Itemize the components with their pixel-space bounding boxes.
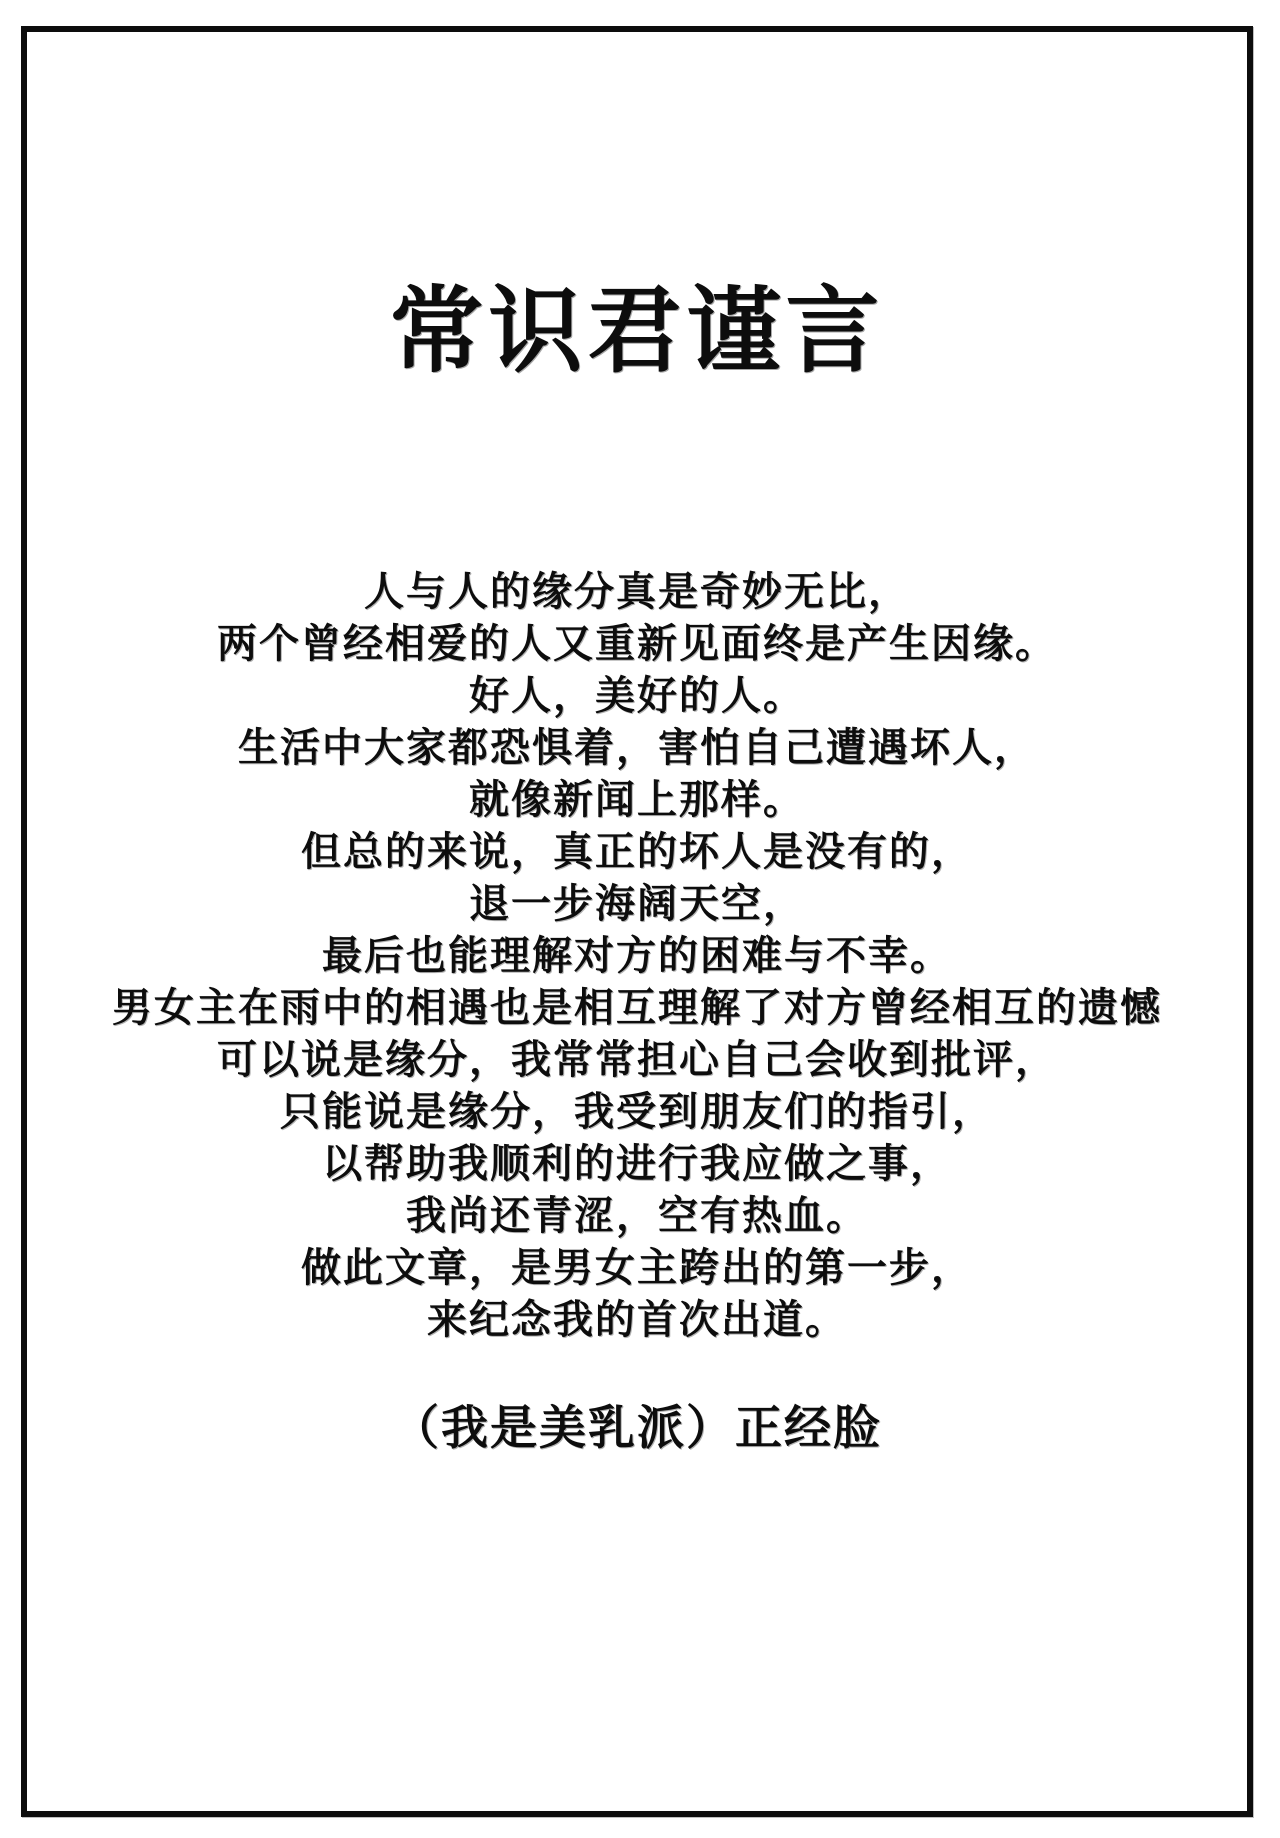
signature-line: （我是美乳派）正经脸 [27,1400,1247,1456]
body-line: 退一步海阔天空， [27,878,1247,930]
body-line: 但总的来说，真正的坏人是没有的， [27,826,1247,878]
body-line: 男女主在雨中的相遇也是相互理解了对方曾经相互的遗憾 [27,982,1247,1034]
body-line: 生活中大家都恐惧着，害怕自己遭遇坏人， [27,722,1247,774]
document-page: 常识君谨言 人与人的缘分真是奇妙无比， 两个曾经相爱的人又重新见面终是产生因缘。… [0,0,1280,1838]
page-title: 常识君谨言 [27,284,1247,378]
body-line: 来纪念我的首次出道。 [27,1294,1247,1346]
body-line: 可以说是缘分，我常常担心自己会收到批评， [27,1034,1247,1086]
body-line: 两个曾经相爱的人又重新见面终是产生因缘。 [27,618,1247,670]
page-content: 常识君谨言 人与人的缘分真是奇妙无比， 两个曾经相爱的人又重新见面终是产生因缘。… [27,32,1247,1811]
body-line: 最后也能理解对方的困难与不幸。 [27,930,1247,982]
body-line: 以帮助我顺利的进行我应做之事， [27,1138,1247,1190]
body-line: 只能说是缘分，我受到朋友们的指引， [27,1086,1247,1138]
body-paragraph: 人与人的缘分真是奇妙无比， 两个曾经相爱的人又重新见面终是产生因缘。 好人，美好… [27,566,1247,1346]
body-line: 就像新闻上那样。 [27,774,1247,826]
body-line: 好人，美好的人。 [27,670,1247,722]
body-line: 人与人的缘分真是奇妙无比， [27,566,1247,618]
body-line: 做此文章，是男女主跨出的第一步， [27,1242,1247,1294]
body-line: 我尚还青涩，空有热血。 [27,1190,1247,1242]
page-border-frame: 常识君谨言 人与人的缘分真是奇妙无比， 两个曾经相爱的人又重新见面终是产生因缘。… [21,26,1253,1817]
